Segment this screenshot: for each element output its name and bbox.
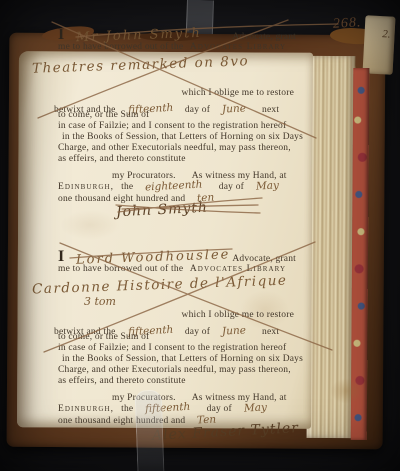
borrower-signature: John Smyth	[116, 200, 209, 221]
signed-month: May	[256, 179, 280, 192]
photo-of-borrowing-register: 2. 268. I Mr John Smyth Advocate, grant …	[0, 0, 400, 471]
to-come-line: to come, or the Sum of	[58, 110, 149, 120]
oblige-line: which I oblige me to restore	[182, 88, 294, 98]
pronoun-i: I	[58, 248, 64, 265]
failzie-line: in case of Failzie; and I consent to the…	[58, 121, 286, 131]
page-number: 268.	[333, 15, 362, 32]
return-month: June	[222, 324, 247, 337]
pronoun-i: I	[58, 26, 64, 43]
charge-line: Charge, and other Executorials needful, …	[58, 365, 291, 375]
borrow-entry-1: I Mr John Smyth Advocate, grant me to ha…	[44, 26, 296, 248]
page-holder-strap-bottom	[135, 390, 165, 471]
signed-month: May	[244, 401, 268, 414]
book-fore-edge-pages	[307, 56, 356, 438]
library-label: Advocates Library	[190, 42, 286, 52]
borrowed-line: me to have borrowed out of the Advocates…	[58, 42, 286, 52]
failzie-line: in case of Failzie; and I consent to the…	[58, 343, 286, 353]
adjacent-page-number: 2.	[382, 28, 391, 40]
effeirs-line: as effeirs, and thereto constitute	[58, 376, 186, 386]
book-title: Theatres remarked on 8vo	[32, 53, 250, 77]
to-come-line: to come, or the Sum of	[58, 332, 149, 342]
book-title: Cardonne Histoire de l'Afrique	[32, 273, 288, 298]
borrow-entry-2: I Lord Woodhouslee Advocate, grant me to…	[44, 248, 296, 470]
adjacent-page-corner: 2.	[363, 15, 396, 74]
session-line: in the Books of Session, that Letters of…	[62, 354, 303, 364]
oblige-line: which I oblige me to restore	[182, 310, 294, 320]
borrowed-line: me to have borrowed out of the Advocates…	[58, 264, 286, 274]
advocate-grant-label: Advocate, grant	[232, 32, 296, 42]
advocate-grant-label: Advocate, grant	[232, 254, 296, 264]
volumes: 3 tom	[84, 295, 116, 308]
marbled-board-edge	[351, 68, 370, 440]
return-month: June	[222, 102, 247, 115]
charge-line: Charge, and other Executorials needful, …	[58, 143, 291, 153]
effeirs-line: as effeirs, and thereto constitute	[58, 154, 186, 164]
session-line: in the Books of Session, that Letters of…	[62, 132, 303, 142]
